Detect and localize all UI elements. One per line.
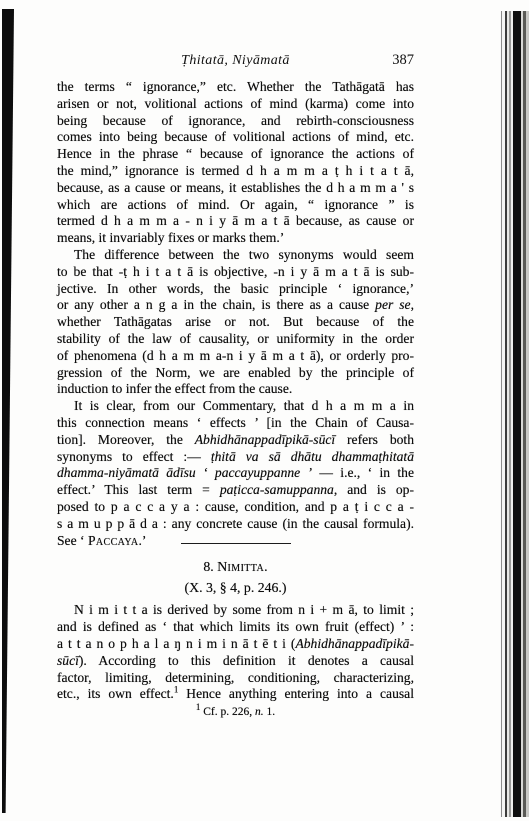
text-segment: because, as a cause or means, it establi… — [57, 180, 414, 195]
text-line: dhamma-niyāmatā ādīsu ‘ paccayuppanne ’ … — [57, 465, 414, 482]
text-segment: effect.’ This last term = — [57, 482, 220, 497]
text-segment: etc., its own effect. — [57, 686, 174, 701]
text-line: or any other a n g a in the chain, is th… — [57, 297, 414, 314]
text-line: See ‘ Paccaya.’ — [57, 533, 414, 550]
text-segment: N i m i t t a is derived by some from n … — [74, 602, 414, 617]
text-line: of phenomena (d h a m m a-n i y ā m a t … — [57, 348, 414, 365]
text-segment: termed d h a m m a - n i y ā m a t ā bec… — [57, 213, 414, 228]
text-segment: arisen or not, volitional actions of min… — [57, 96, 414, 111]
text-line: termed d h a m m a - n i y ā m a t ā bec… — [57, 213, 414, 230]
text-line: the terms “ ignorance,” etc. Whether the… — [57, 79, 414, 96]
text-line: because, as a cause or means, it establi… — [57, 180, 414, 197]
text-line: gression of the Norm, we are enabled by … — [57, 365, 414, 382]
text-segment: refers both — [335, 432, 414, 447]
text-segment: whether Tathāgatas arise or not. But bec… — [57, 314, 414, 329]
text-line: synonyms to effect :— ṭhitā va sā dhātu … — [57, 449, 414, 466]
text-segment: of phenomena (d h a m m a-n i y ā m a t … — [57, 348, 414, 363]
text-segment: Abhidhānappadīpikā- — [295, 636, 414, 651]
text-segment: dhamma-niyāmatā ādīsu ‘ paccayuppanne ’ — [57, 465, 312, 480]
page-body: the terms “ ignorance,” etc. Whether the… — [57, 79, 414, 720]
text-line: which are actions of mind. Or again, “ i… — [57, 197, 414, 214]
text-line: s a m u p p ā d a : any concrete cause (… — [57, 516, 414, 533]
paragraph: N i m i t t a is derived by some from n … — [57, 602, 414, 703]
text-line: N i m i t t a is derived by some from n … — [57, 602, 414, 619]
text-segment: , — [411, 297, 414, 312]
text-line: The difference between the two synonyms … — [57, 247, 414, 264]
page-content: Ṭhitatā, Niyāmatā 387 the terms “ ignora… — [57, 52, 414, 720]
text-segment: Paccaya — [88, 533, 139, 548]
text-line: posed to p a c c a y a : cause, conditio… — [57, 499, 414, 516]
text-segment: being because of ignorance, and rebirth-… — [57, 113, 414, 128]
text-segment: ṭhitā va sā dhātu dhammaṭhitatā — [211, 449, 414, 464]
text-line: means, it invariably fixes or marks them… — [57, 230, 414, 247]
text-line: this connection means ‘ effects ’ [in th… — [57, 415, 414, 432]
text-line: It is clear, from our Commentary, that d… — [57, 398, 414, 415]
text-segment: the terms “ ignorance,” etc. Whether the… — [57, 79, 414, 94]
text-line: stability of the law of causality, or un… — [57, 331, 414, 348]
text-segment: Cf. p. 226, — [200, 706, 255, 718]
text-segment: synonyms to effect :— — [57, 449, 211, 464]
text-segment: . — [264, 559, 267, 574]
text-segment: , and is op- — [334, 482, 414, 497]
text-segment: or any other a n g a in the chain, is th… — [57, 297, 375, 312]
text-segment: Hence anything entering into a causal — [178, 686, 414, 701]
text-segment: induction to infer the effect from the c… — [57, 381, 292, 396]
text-line: jective. In other words, the basic princ… — [57, 281, 414, 298]
text-line: arisen or not, volitional actions of min… — [57, 96, 414, 113]
paragraph: It is clear, from our Commentary, that d… — [57, 398, 414, 549]
text-segment: Nimitta — [217, 559, 264, 574]
paragraph: the terms “ ignorance,” etc. Whether the… — [57, 79, 414, 247]
text-segment: (X. 3, § 4, p. 246.) — [185, 580, 287, 595]
text-segment: means, it invariably fixes or marks them… — [57, 230, 284, 245]
section-divider-rule — [181, 543, 291, 544]
text-segment: this connection means ‘ effects ’ [in th… — [57, 415, 414, 430]
text-segment: to be that -ṭ h i t a t ā is objective, … — [57, 264, 414, 279]
text-line: a t t a n o p h a l a ŋ n i m i n ā t ē … — [57, 636, 414, 653]
text-segment: Hence in the phrase “ because of ignoran… — [57, 146, 414, 161]
text-segment: It is clear, from our Commentary, that d… — [74, 398, 414, 413]
text-segment: jective. In other words, the basic princ… — [57, 281, 414, 296]
text-line: etc., its own effect.1 Hence anything en… — [57, 686, 414, 703]
text-segment: See ‘ — [57, 533, 88, 548]
text-line: comes into being because of volitional a… — [57, 129, 414, 146]
text-segment: which are actions of mind. Or again, “ i… — [57, 197, 414, 212]
text-segment: factor, limiting, determining, condition… — [57, 670, 414, 685]
text-segment: The difference between the two synonyms … — [74, 247, 414, 262]
running-header: Ṭhitatā, Niyāmatā 387 — [57, 52, 414, 69]
text-segment: and is defined as ‘ that which limits it… — [57, 619, 414, 634]
text-line: the mind,” ignorance is termed d h a m m… — [57, 163, 414, 180]
text-line: factor, limiting, determining, condition… — [57, 670, 414, 687]
text-segment: s a m u p p ā d a : any concrete cause (… — [57, 516, 414, 531]
text-line: tion]. Moreover, the Abhidhānappadīpikā-… — [57, 432, 414, 449]
paragraph: The difference between the two synonyms … — [57, 247, 414, 398]
text-line: whether Tathāgatas arise or not. But bec… — [57, 314, 414, 331]
text-segment: 1. — [264, 706, 276, 718]
text-segment: — i.e., ‘ in the — [312, 465, 414, 480]
text-segment: stability of the law of causality, or un… — [57, 331, 414, 346]
text-line: to be that -ṭ h i t a t ā is objective, … — [57, 264, 414, 281]
text-line: effect.’ This last term = paṭicca-samupp… — [57, 482, 414, 499]
text-segment: n. — [255, 706, 264, 718]
section-reference: (X. 3, § 4, p. 246.) — [57, 579, 414, 596]
text-segment: gression of the Norm, we are enabled by … — [57, 365, 414, 380]
right-page-edge-stripes — [500, 11, 529, 817]
text-segment: per se — [375, 297, 410, 312]
text-segment: 8. — [203, 559, 217, 574]
text-segment: comes into being because of volitional a… — [57, 129, 414, 144]
page-number: 387 — [392, 52, 414, 69]
section-heading: 8. Nimitta. — [57, 558, 414, 575]
scanned-book-page: Ṭhitatā, Niyāmatā 387 the terms “ ignora… — [0, 0, 529, 821]
text-segment: tion]. Moreover, the — [57, 432, 195, 447]
text-line: Hence in the phrase “ because of ignoran… — [57, 146, 414, 163]
text-segment: posed to p a c c a y a : cause, conditio… — [57, 499, 414, 514]
running-header-title: Ṭhitatā, Niyāmatā — [181, 53, 290, 68]
text-line: and is defined as ‘ that which limits it… — [57, 619, 414, 636]
text-segment: Abhidhānappadīpikā-sūcī — [195, 432, 335, 447]
text-segment: paṭicca-samuppanna — [220, 482, 334, 497]
left-gutter-shadow — [2, 9, 14, 813]
text-segment: a t t a n o p h a l a ŋ n i m i n ā t ē … — [57, 636, 295, 651]
text-line: induction to infer the effect from the c… — [57, 381, 414, 398]
text-segment: the mind,” ignorance is termed d h a m m… — [57, 163, 414, 178]
text-segment: .’ — [139, 533, 147, 548]
text-line: sūcī). According to this definition it d… — [57, 653, 414, 670]
text-line: being because of ignorance, and rebirth-… — [57, 113, 414, 130]
footnote: 1 Cf. p. 226, n. 1. — [57, 705, 414, 720]
text-segment: ). According to this definition it denot… — [79, 653, 414, 668]
text-segment: sūcī — [57, 653, 79, 668]
